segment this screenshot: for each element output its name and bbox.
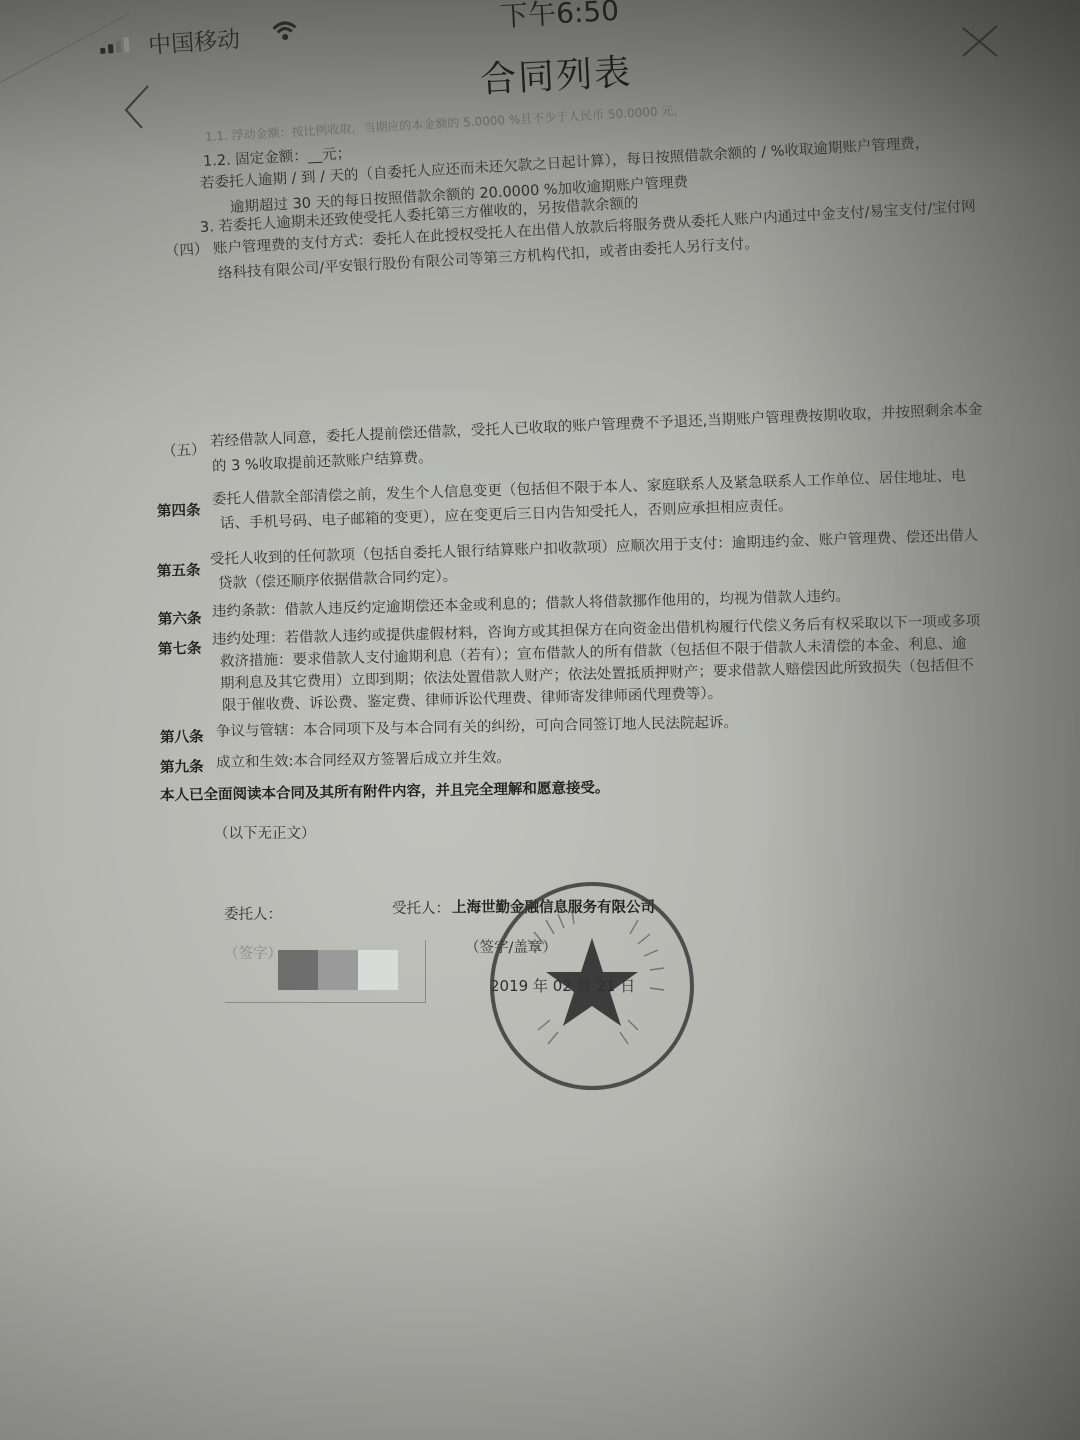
doc-item-5-line-1: 若经借款人同意，委托人提前偿还借款，受托人已收取的账户管理费不予退还,当期账户管… xyxy=(210,398,983,451)
trustee-label: 受托人： xyxy=(392,897,450,918)
redacted-signature xyxy=(278,950,398,990)
article-9-line-1: 成立和生效:本合同经双方签署后成立并生效。 xyxy=(216,746,511,772)
article-5-line-2: 贷款（偿还顺序依据借款合同约定）。 xyxy=(218,564,458,593)
article-6-label: 第六条 xyxy=(158,611,202,628)
company-seal-star-icon xyxy=(488,880,696,1092)
article-8-line-1: 争议与管辖：本合同项下及与本合同有关的纠纷，可向合同签订地人民法院起诉。 xyxy=(216,711,738,741)
doc-item-5-line-2: 的 3 %收取提前还款账户结算费。 xyxy=(212,446,433,476)
article-5-line-1: 受托人收到的任何款项（包括自委托人银行结算账户扣收款项）应顺次用于支付：逾期违约… xyxy=(210,524,979,569)
doc-line-1-1: 1.1. 浮动金额：按比例收取，当期应的本金额的 5.0000 %且不少于人民币… xyxy=(205,101,686,145)
contract-document: 1.1. 浮动金额：按比例收取，当期应的本金额的 5.0000 %且不少于人民币… xyxy=(0,0,1080,1440)
doc-item-5-label: （五） xyxy=(162,438,206,461)
article-8-label: 第八条 xyxy=(160,729,204,746)
article-4-label: 第四条 xyxy=(157,503,201,520)
acknowledgement: 本人已全面阅读本合同及其所有附件内容，并且完全理解和愿意接受。 xyxy=(160,780,610,804)
article-7-label: 第七条 xyxy=(158,641,202,658)
principal-label: 委托人： xyxy=(224,903,282,924)
article-5-label: 第五条 xyxy=(157,563,201,580)
end-of-text-note: （以下无正文） xyxy=(214,822,316,843)
article-9-label: 第九条 xyxy=(160,759,204,776)
